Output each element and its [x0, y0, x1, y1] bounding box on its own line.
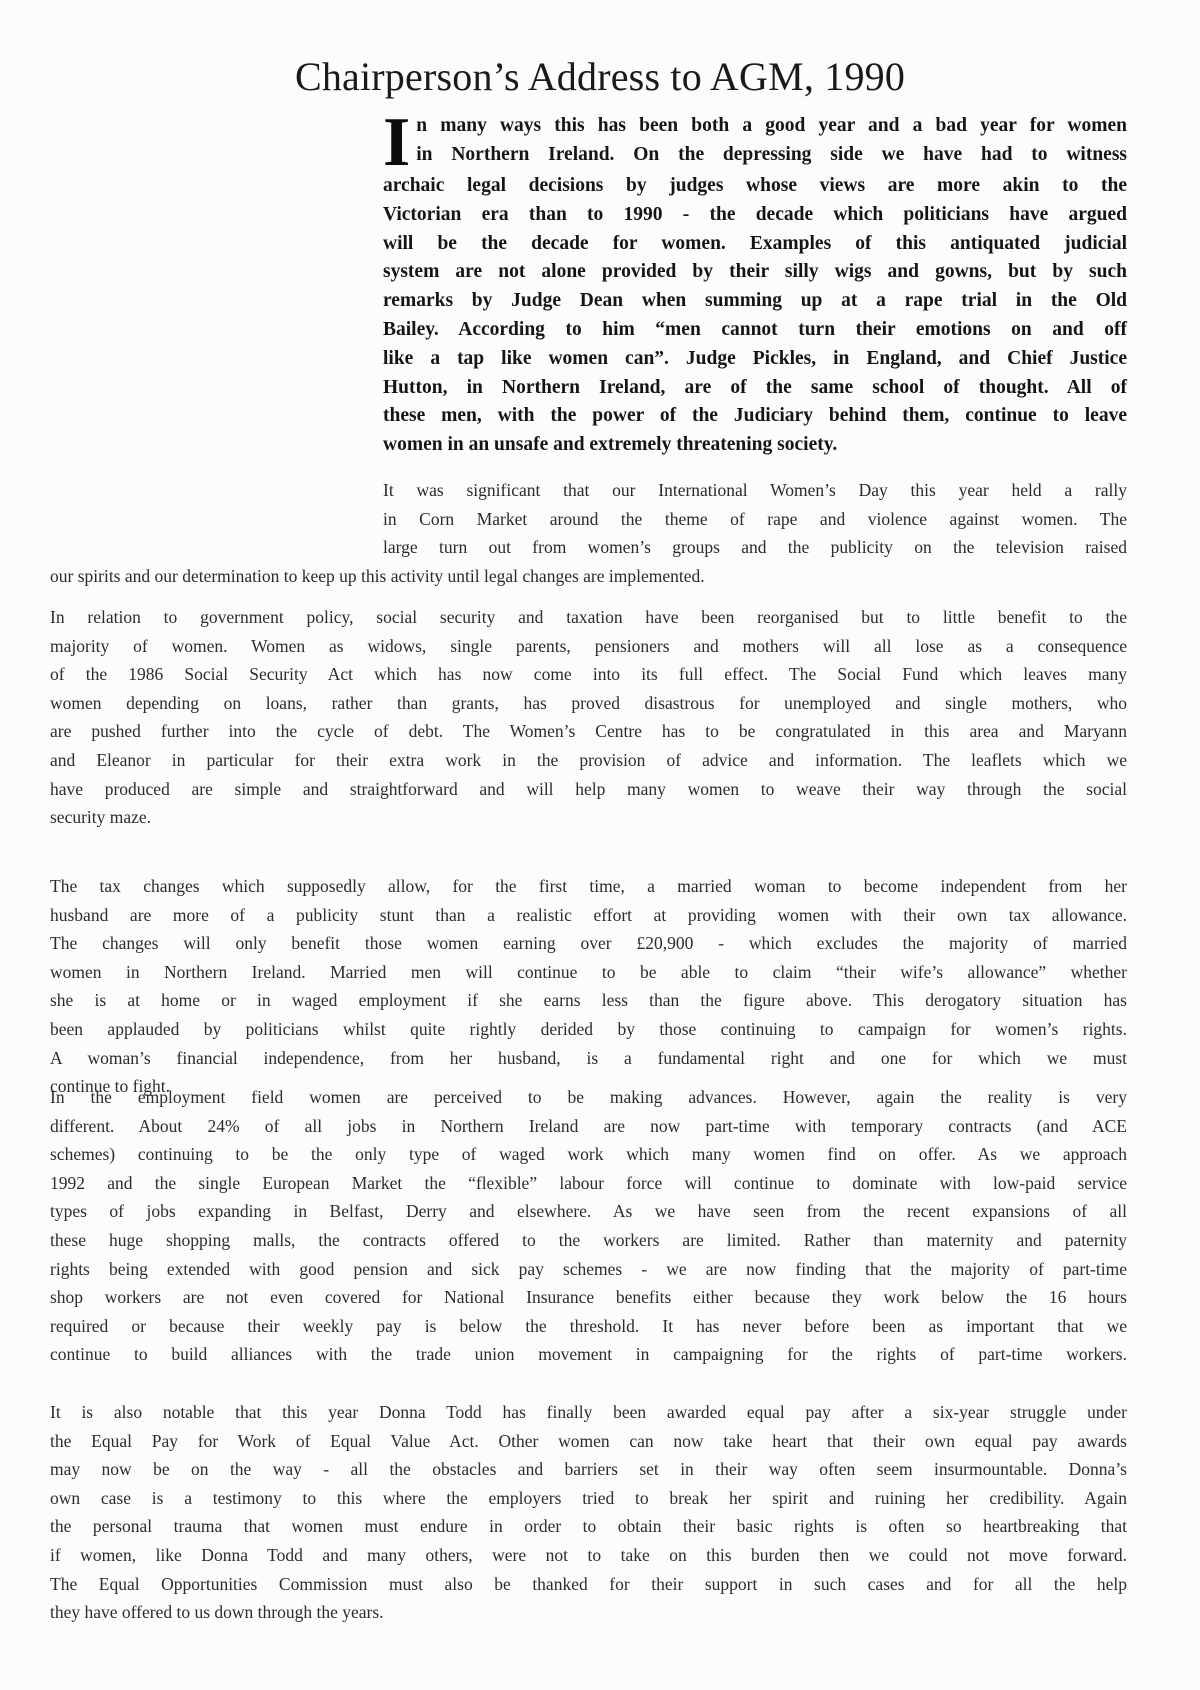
text-line: The tax changes which supposedly allow, … [50, 872, 1127, 901]
text-line: Bailey. According to him “men cannot tur… [383, 316, 1127, 345]
text-line: security maze. [50, 803, 1127, 832]
text-line: women in Northern Ireland. Married men w… [50, 958, 1127, 987]
text-line: husband are more of a publicity stunt th… [50, 901, 1127, 930]
text-line: they have offered to us down through the… [50, 1598, 1127, 1627]
rally-paragraph: It was significant that our Internationa… [383, 476, 1127, 590]
social-security-paragraph: In relation to government policy, social… [50, 603, 1127, 832]
employment-paragraph: In the employment field women are percei… [50, 1083, 1127, 1369]
text-line: Victorian era than to 1990 - the decade … [383, 201, 1127, 230]
intro-paragraph: I n many ways this has been both a good … [383, 112, 1127, 460]
text-line: types of jobs expanding in Belfast, Derr… [50, 1197, 1127, 1226]
text-line: these men, with the power of the Judicia… [383, 402, 1127, 431]
text-line: these huge shopping malls, the contracts… [50, 1226, 1127, 1255]
text-line: rights being extended with good pension … [50, 1255, 1127, 1284]
text-line: schemes) continuing to be the only type … [50, 1140, 1127, 1169]
text-line: of the 1986 Social Security Act which ha… [50, 660, 1127, 689]
text-line: she is at home or in waged employment if… [50, 986, 1127, 1015]
text-line: shop workers are not even covered for Na… [50, 1283, 1127, 1312]
text-line: if women, like Donna Todd and many other… [50, 1541, 1127, 1570]
page-title: Chairperson’s Address to AGM, 1990 [0, 52, 1200, 102]
text-line: required or because their weekly pay is … [50, 1312, 1127, 1341]
text-line: A woman’s financial independence, from h… [50, 1044, 1127, 1073]
text-line: may now be on the way - all the obstacle… [50, 1455, 1127, 1484]
text-line: In relation to government policy, social… [50, 603, 1127, 632]
text-line: been applauded by politicians whilst qui… [50, 1015, 1127, 1044]
text-line: the Equal Pay for Work of Equal Value Ac… [50, 1427, 1127, 1456]
text-line: women depending on loans, rather than gr… [50, 689, 1127, 718]
text-line: The changes will only benefit those wome… [50, 929, 1127, 958]
text-line: large turn out from women’s groups and t… [383, 533, 1127, 562]
text-line: and Eleanor in particular for their extr… [50, 746, 1127, 775]
text-line: the personal trauma that women must endu… [50, 1512, 1127, 1541]
text-line: The Equal Opportunities Commission must … [50, 1570, 1127, 1599]
text-line: like a tap like women can”. Judge Pickle… [383, 345, 1127, 374]
text-line: own case is a testimony to this where th… [50, 1484, 1127, 1513]
drop-cap: I [383, 116, 410, 172]
text-line: 1992 and the single European Market the … [50, 1169, 1127, 1198]
text-line: archaic legal decisions by judges whose … [383, 172, 1127, 201]
text-line: Hutton, in Northern Ireland, are of the … [383, 374, 1127, 403]
text-line: It is also notable that this year Donna … [50, 1398, 1127, 1427]
text-line: in Northern Ireland. On the depressing s… [383, 141, 1127, 170]
text-line: remarks by Judge Dean when summing up at… [383, 287, 1127, 316]
text-line: have produced are simple and straightfor… [50, 775, 1127, 804]
text-line: In the employment field women are percei… [50, 1083, 1127, 1112]
text-line: system are not alone provided by their s… [383, 258, 1127, 287]
text-line: our spirits and our determination to kee… [50, 562, 1127, 591]
text-line: majority of women. Women as widows, sing… [50, 632, 1127, 661]
text-line: different. About 24% of all jobs in Nort… [50, 1112, 1127, 1141]
text-line: will be the decade for women. Examples o… [383, 230, 1127, 259]
text-line: It was significant that our Internationa… [383, 476, 1127, 505]
text-line: continue to build alliances with the tra… [50, 1340, 1127, 1369]
tax-paragraph: The tax changes which supposedly allow, … [50, 872, 1127, 1101]
text-line: in Corn Market around the theme of rape … [383, 505, 1127, 534]
text-line: women in an unsafe and extremely threate… [383, 431, 1127, 460]
equal-pay-paragraph: It is also notable that this year Donna … [50, 1398, 1127, 1627]
text-line: n many ways this has been both a good ye… [383, 112, 1127, 141]
text-line: are pushed further into the cycle of deb… [50, 717, 1127, 746]
